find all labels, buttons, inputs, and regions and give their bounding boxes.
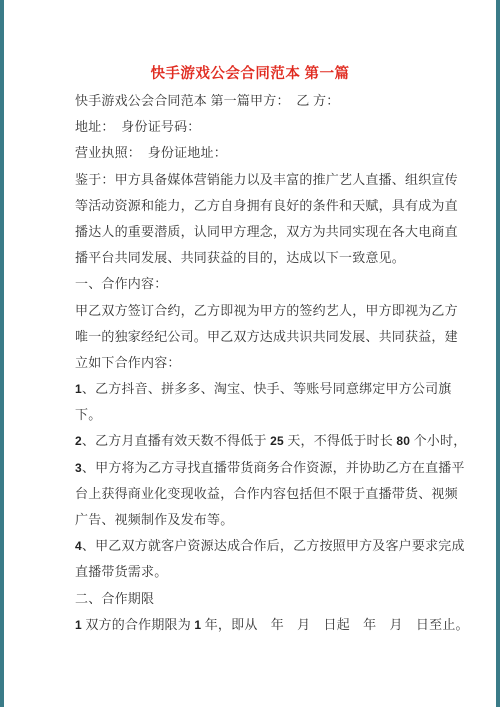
document-body: 快手游戏公会合同范本 第一篇甲方： 乙 方：地址： 身份证号码：营业执照： 身份… <box>75 88 445 638</box>
text-line-13: 下。 <box>75 402 445 428</box>
document-title: 快手游戏公会合同范本 第一篇 <box>0 62 500 83</box>
text-line-6: 播达人的重要潜质，认同甲方理念，双方为共同实现在各大电商直 <box>75 219 445 245</box>
text-line-18: 4、甲乙双方就客户资源达成合作后，乙方按照甲方及客户要求完成 <box>75 533 445 559</box>
text-line-20: 二、合作期限 <box>75 586 445 612</box>
text-line-5: 等活动资源和能力，乙方自身拥有良好的条件和天赋，具有成为直 <box>75 193 445 219</box>
text-line-10: 唯一的独家经纪公司。甲乙双方达成共识共同发展、共同获益，建 <box>75 324 445 350</box>
text-line-7: 播平台共同发展、共同获益的目的，达成以下一致意见。 <box>75 245 445 271</box>
text-line-12: 1、乙方抖音、拼多多、淘宝、快手、等账号同意绑定甲方公司旗 <box>75 376 445 402</box>
text-line-9: 甲乙双方签订合约，乙方即视为甲方的签约艺人，甲方即视为乙方 <box>75 298 445 324</box>
text-line-2: 地址： 身份证号码： <box>75 114 445 140</box>
text-line-15: 3、甲方将为乙方寻找直播带货商务合作资源，并协助乙方在直播平 <box>75 455 445 481</box>
document-page: 快手游戏公会合同范本 第一篇 快手游戏公会合同范本 第一篇甲方： 乙 方：地址：… <box>0 0 500 707</box>
text-line-11: 立如下合作内容： <box>75 350 445 376</box>
text-line-3: 营业执照： 身份证地址： <box>75 140 445 166</box>
text-line-19: 直播带货需求。 <box>75 559 445 585</box>
text-line-17: 广告、视频制作及发布等。 <box>75 507 445 533</box>
text-line-21: 1 双方的合作期限为 1 年，即从 年 月 日起 年 月 日至止。 <box>75 612 445 638</box>
left-edge-bar <box>0 0 4 707</box>
text-line-16: 台上获得商业化变现收益，合作内容包括但不限于直播带货、视频 <box>75 481 445 507</box>
text-line-1: 快手游戏公会合同范本 第一篇甲方： 乙 方： <box>75 88 445 114</box>
text-line-14: 2、乙方月直播有效天数不得低于 25 天，不得低于时长 80 个小时， <box>75 428 445 454</box>
text-line-8: 一、合作内容： <box>75 271 445 297</box>
text-line-4: 鉴于：甲方具备媒体营销能力以及丰富的推广艺人直播、组织宣传 <box>75 167 445 193</box>
right-edge-bar <box>496 0 500 707</box>
